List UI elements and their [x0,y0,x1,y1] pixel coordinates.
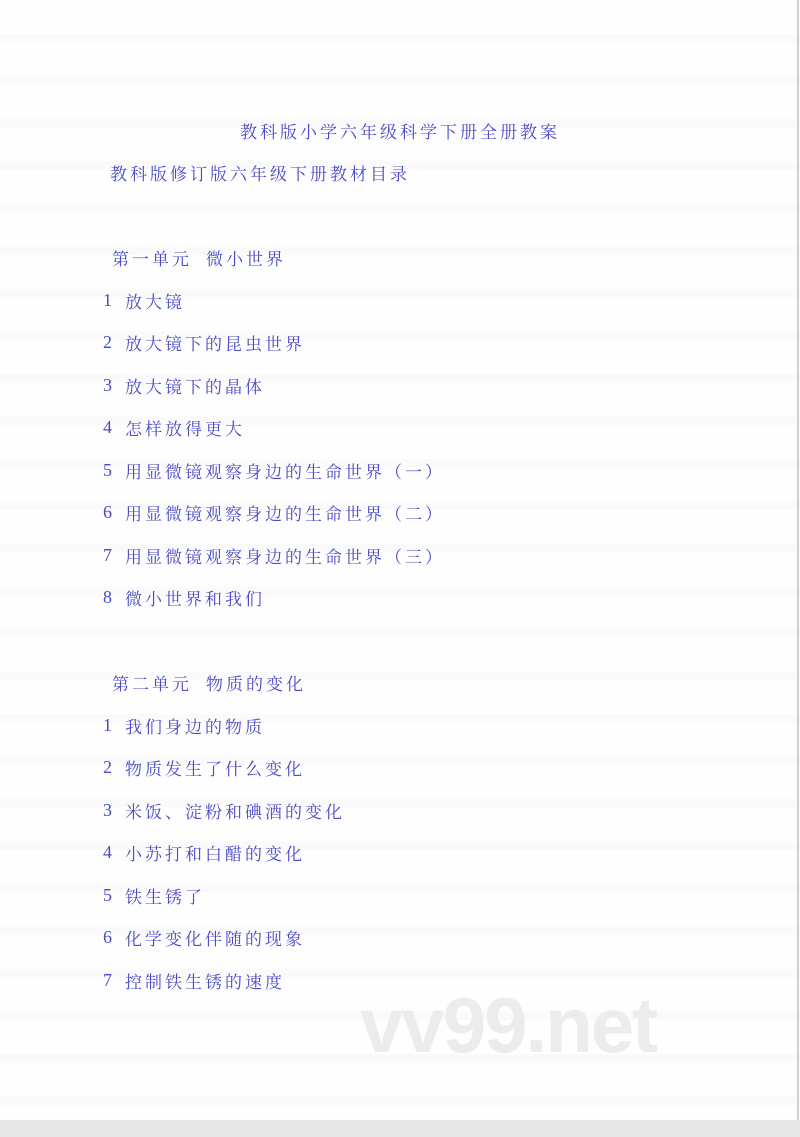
document-content: 教科版小学六年级科学下册全册教案 教科版修订版六年级下册教材目录 第一单元微小世… [0,109,800,1002]
item-number: 5 [103,460,125,481]
item-number: 7 [103,545,125,566]
item-number: 4 [103,417,125,438]
toc-item: 6化学变化伴随的现象 [0,917,800,960]
item-number: 4 [103,842,125,863]
item-label: 物质发生了什么变化 [125,755,305,780]
item-number: 6 [103,502,125,523]
document-page: 教科版小学六年级科学下册全册教案 教科版修订版六年级下册教材目录 第一单元微小世… [0,0,800,1120]
toc-item: 5铁生锈了 [0,874,800,917]
doc-title: 教科版小学六年级科学下册全册教案 [0,109,800,152]
item-label: 放大镜下的昆虫世界 [125,330,305,355]
toc-item: 5用显微镜观察身边的生命世界（一） [0,449,800,492]
toc-item: 8微小世界和我们 [0,577,800,620]
toc-item: 2放大镜下的昆虫世界 [0,322,800,365]
item-number: 6 [103,927,125,948]
toc-item: 2物质发生了什么变化 [0,747,800,790]
section-unit: 第二单元 [112,670,192,695]
item-number: 1 [103,290,125,311]
item-label: 小苏打和白醋的变化 [125,840,305,865]
toc-item: 1我们身边的物质 [0,704,800,747]
toc-item: 3米饭、淀粉和碘酒的变化 [0,789,800,832]
section-unit: 第一单元 [112,245,192,270]
page-right-border [797,0,799,1120]
item-number: 2 [103,332,125,353]
page-bottom-edge [0,1120,800,1137]
toc-sections: 第一单元微小世界1放大镜2放大镜下的昆虫世界3放大镜下的晶体4怎样放得更大5用显… [0,237,800,1002]
item-number: 1 [103,715,125,736]
item-label: 化学变化伴随的现象 [125,925,305,950]
item-label: 我们身边的物质 [125,713,265,738]
toc-item: 3放大镜下的晶体 [0,364,800,407]
item-number: 3 [103,800,125,821]
watermark: vv99.net [360,986,656,1064]
item-label: 用显微镜观察身边的生命世界（一） [125,458,445,483]
item-label: 用显微镜观察身边的生命世界（二） [125,500,445,525]
toc-item: 4小苏打和白醋的变化 [0,832,800,875]
item-number: 2 [103,757,125,778]
item-label: 控制铁生锈的速度 [125,968,285,993]
toc-item: 6用显微镜观察身边的生命世界（二） [0,492,800,535]
section-topic: 微小世界 [206,245,286,270]
item-label: 米饭、淀粉和碘酒的变化 [125,798,345,823]
doc-subtitle: 教科版修订版六年级下册教材目录 [0,152,800,195]
item-label: 微小世界和我们 [125,585,265,610]
section-heading: 第一单元微小世界 [0,237,800,280]
item-label: 放大镜下的晶体 [125,373,265,398]
item-number: 7 [103,970,125,991]
item-number: 3 [103,375,125,396]
item-label: 放大镜 [125,288,185,313]
toc-item: 4怎样放得更大 [0,407,800,450]
toc-item: 1放大镜 [0,279,800,322]
item-label: 铁生锈了 [125,883,205,908]
section-heading: 第二单元物质的变化 [0,662,800,705]
toc-item: 7用显微镜观察身边的生命世界（三） [0,534,800,577]
item-label: 用显微镜观察身边的生命世界（三） [125,543,445,568]
item-number: 5 [103,885,125,906]
section-topic: 物质的变化 [206,670,306,695]
item-number: 8 [103,587,125,608]
item-label: 怎样放得更大 [125,415,245,440]
